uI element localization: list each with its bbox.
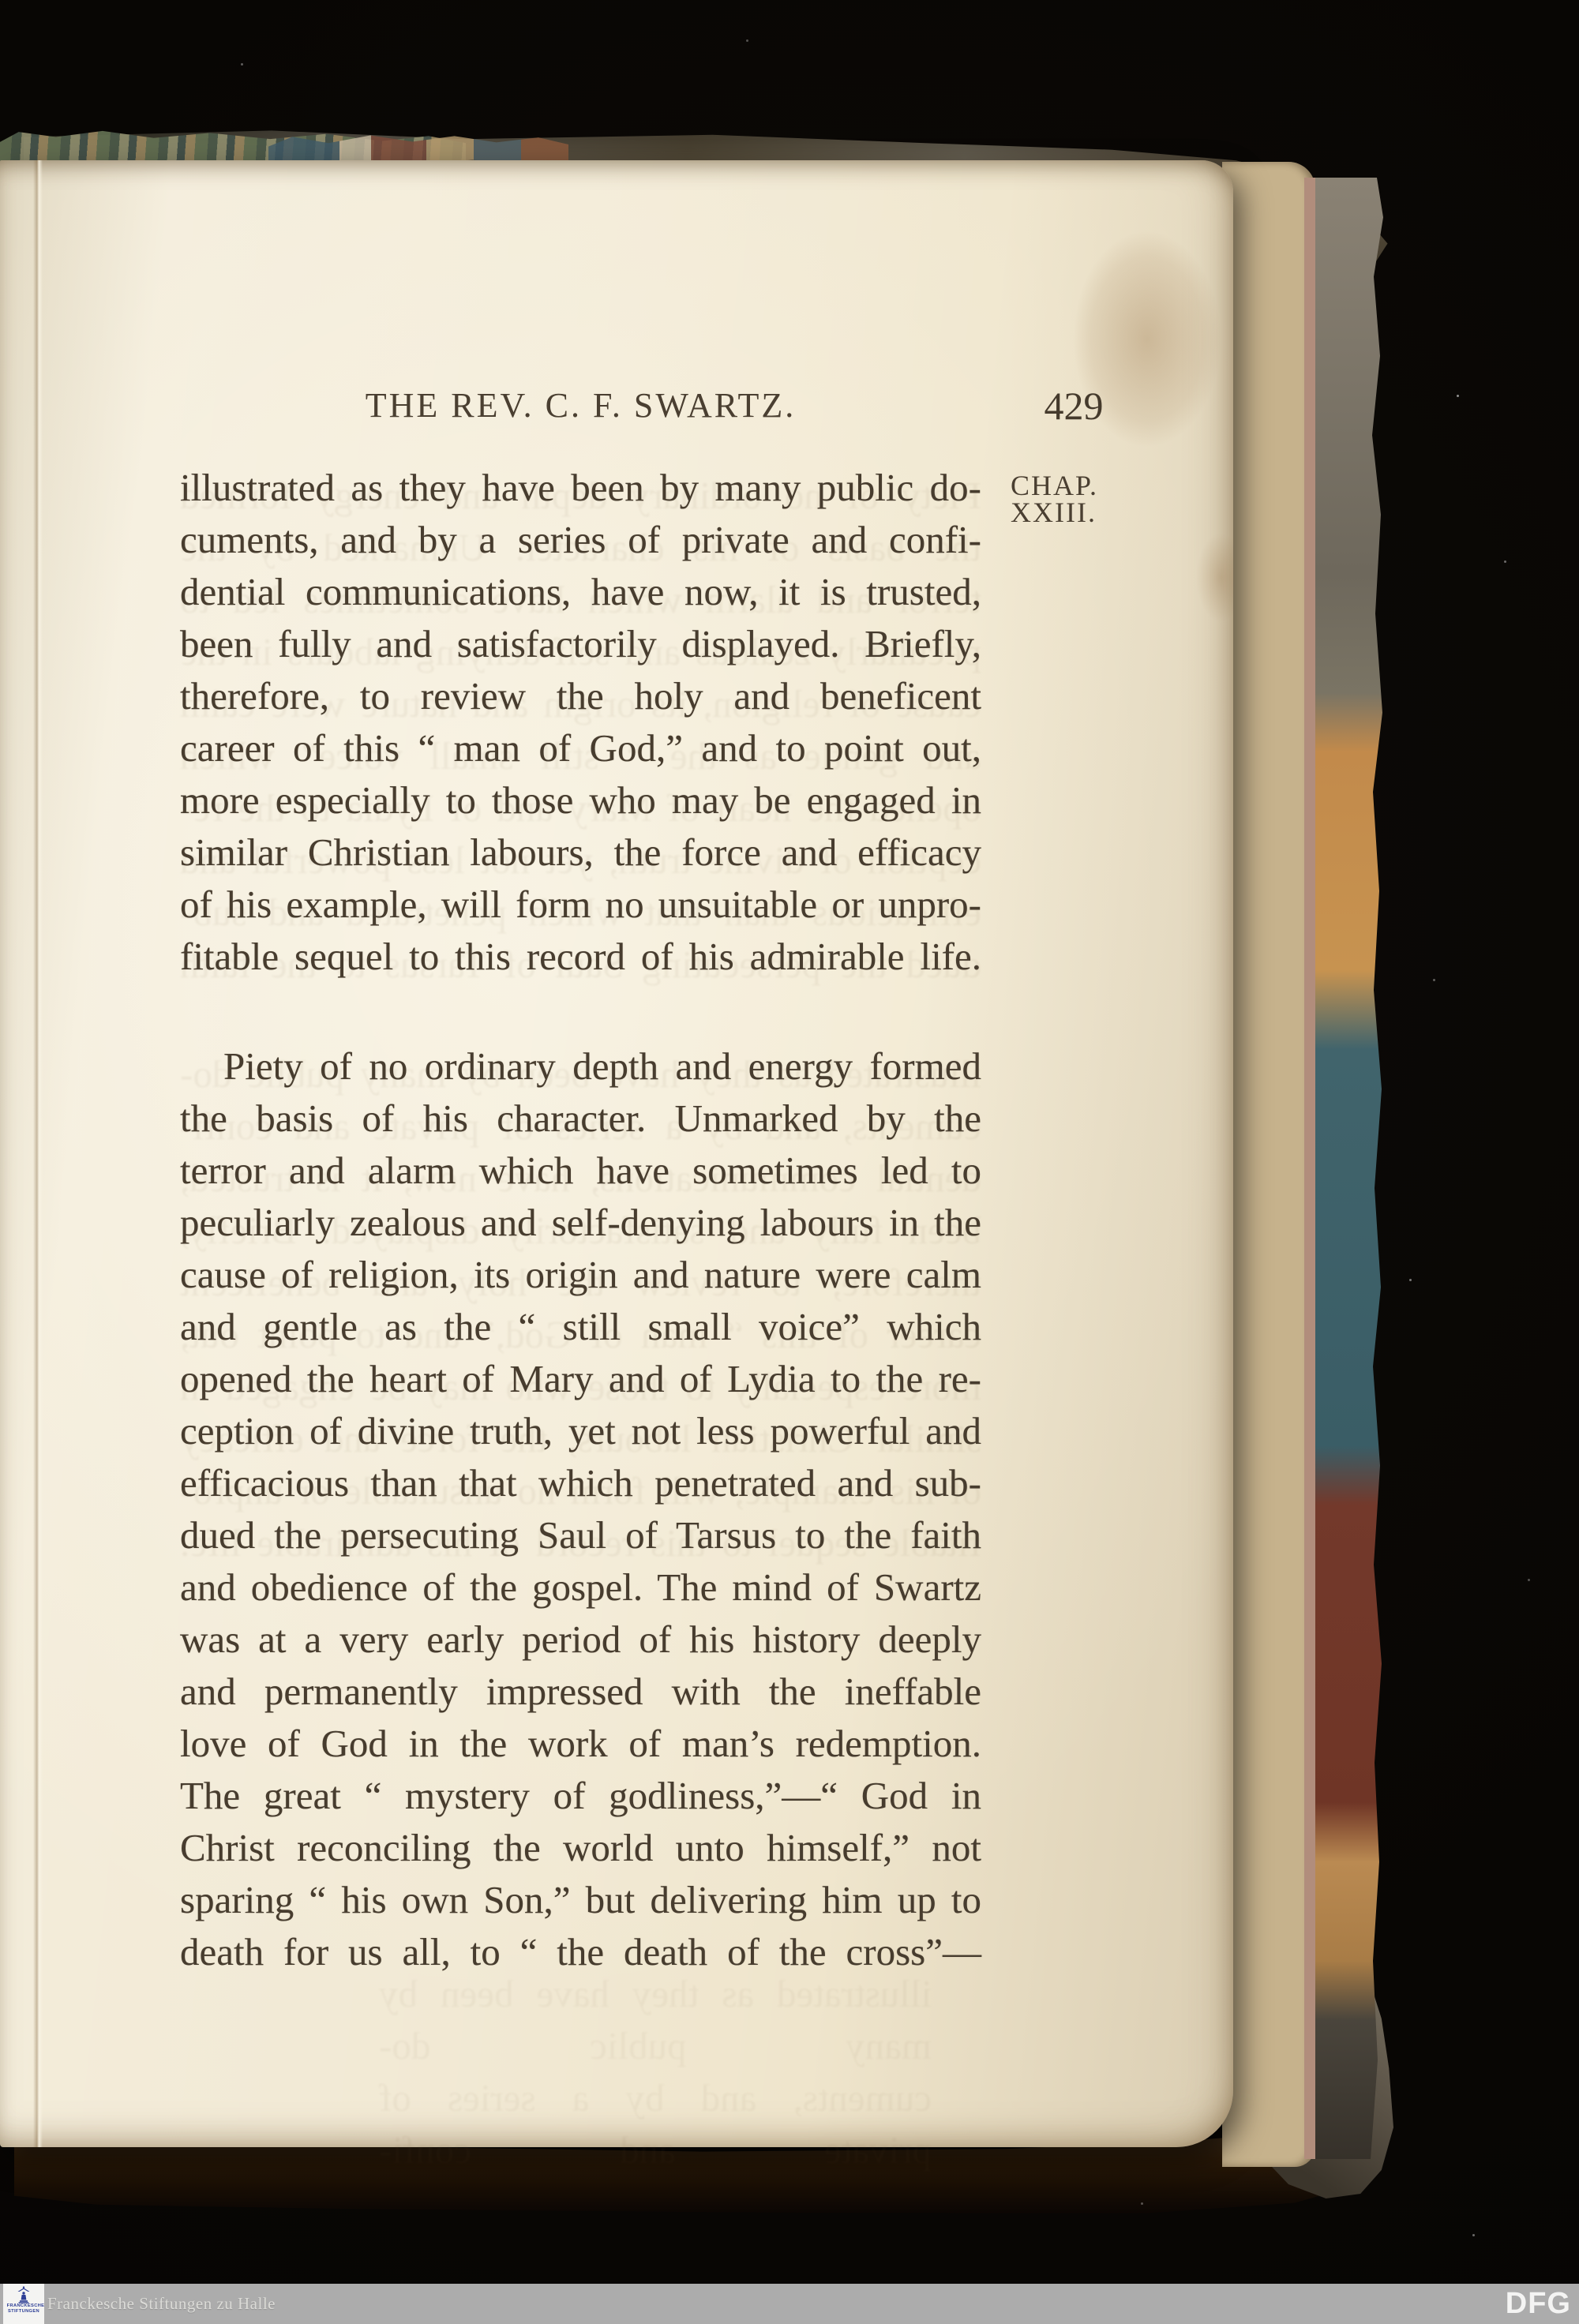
text-line: cause of religion, its origin and nature… — [180, 1249, 981, 1301]
text-line: illustrated as they have been by many pu… — [379, 1968, 932, 2072]
chapter-margin-note-line: XXIII. — [1011, 499, 1145, 526]
text-line: death for us all, to “ the death of the … — [180, 1926, 981, 1978]
text-line: of his example, will form no unsuitable … — [180, 879, 981, 931]
text-line: The great “ mystery of godliness,”—“ God… — [180, 1770, 981, 1822]
dust-specks — [1457, 395, 1459, 397]
text-line: Piety of no ordinary depth and energy fo… — [180, 1040, 981, 1093]
text-line: more especially to those who may be enga… — [180, 774, 981, 827]
text-line: illustrated as they have been by many pu… — [180, 462, 981, 514]
scanned-book-page-viewer: Piety of no ordinary depth and energy fo… — [0, 0, 1579, 2324]
text-line: terror and alarm which have sometimes le… — [180, 1145, 981, 1197]
running-header-title: THE REV. C. F. SWARTZ. — [180, 381, 981, 430]
library-name-label: Franckesche Stiftungen zu Halle — [47, 2284, 276, 2324]
text-line: love of God in the work of man’s redempt… — [180, 1718, 981, 1770]
text-line: and gentle as the “ still small voice” w… — [180, 1301, 981, 1353]
text-line: opened the heart of Mary and of Lydia to… — [180, 1353, 981, 1405]
text-line: similar Christian labours, the force and… — [180, 827, 981, 879]
text-line: ception of divine truth, yet not less po… — [180, 1405, 981, 1457]
text-line: peculiarly zealous and self-denying labo… — [180, 1197, 981, 1249]
text-line: efficacious than that which penetrated a… — [180, 1457, 981, 1509]
text-line: career of this “ man of God,” and to poi… — [180, 722, 981, 774]
chapter-margin-note: CHAP. XXIII. — [1011, 472, 1145, 526]
logo-caption-line: FRANCKESCHE — [7, 2303, 41, 2308]
text-line: was at a very early period of his histor… — [180, 1614, 981, 1666]
page-stack-fore-edge — [1222, 162, 1315, 2167]
text-line: been fully and satisfactorily displayed.… — [180, 618, 981, 670]
franckesche-stiftungen-logo: FRANCKESCHE STIFTUNGEN — [3, 2284, 44, 2324]
text-line: dential communications, have now, it is … — [180, 566, 981, 618]
logo-caption-line: STIFTUNGEN — [7, 2309, 41, 2314]
page-number: 429 — [1026, 381, 1121, 430]
text-line: the basis of his character. Unmarked by … — [180, 1093, 981, 1145]
franckesche-stiftungen-emblem — [16, 2286, 32, 2303]
text-line: and obedience of the gospel. The mind of… — [180, 1561, 981, 1614]
chapter-margin-note-line: CHAP. — [1011, 472, 1145, 499]
book-page: Piety of no ordinary depth and energy fo… — [0, 160, 1233, 2147]
dfg-logo: DFG — [1506, 2284, 1571, 2324]
text-line: fitable sequel to this record of his adm… — [180, 931, 981, 983]
marbled-cover-strip — [1304, 178, 1383, 2159]
show-through-text: illustrated as they have been by many pu… — [379, 1968, 932, 2176]
body-paragraph: illustrated as they have been by many pu… — [180, 462, 981, 983]
viewer-footer-bar: FRANCKESCHE STIFTUNGEN Franckesche Stift… — [0, 2284, 1579, 2324]
text-line: therefore, to review the holy and benefi… — [180, 670, 981, 722]
text-line: cuments, and by a series of private and … — [180, 514, 981, 566]
gutter-crease — [33, 160, 43, 2147]
text-line: Christ reconciling the world unto himsel… — [180, 1822, 981, 1874]
text-line: sparing “ his own Son,” but delivering h… — [180, 1874, 981, 1926]
body-paragraph: Piety of no ordinary depth and energy fo… — [180, 1040, 981, 1978]
text-line: dued the persecuting Saul of Tarsus to t… — [180, 1509, 981, 1561]
text-line: and permanently impressed with the ineff… — [180, 1666, 981, 1718]
